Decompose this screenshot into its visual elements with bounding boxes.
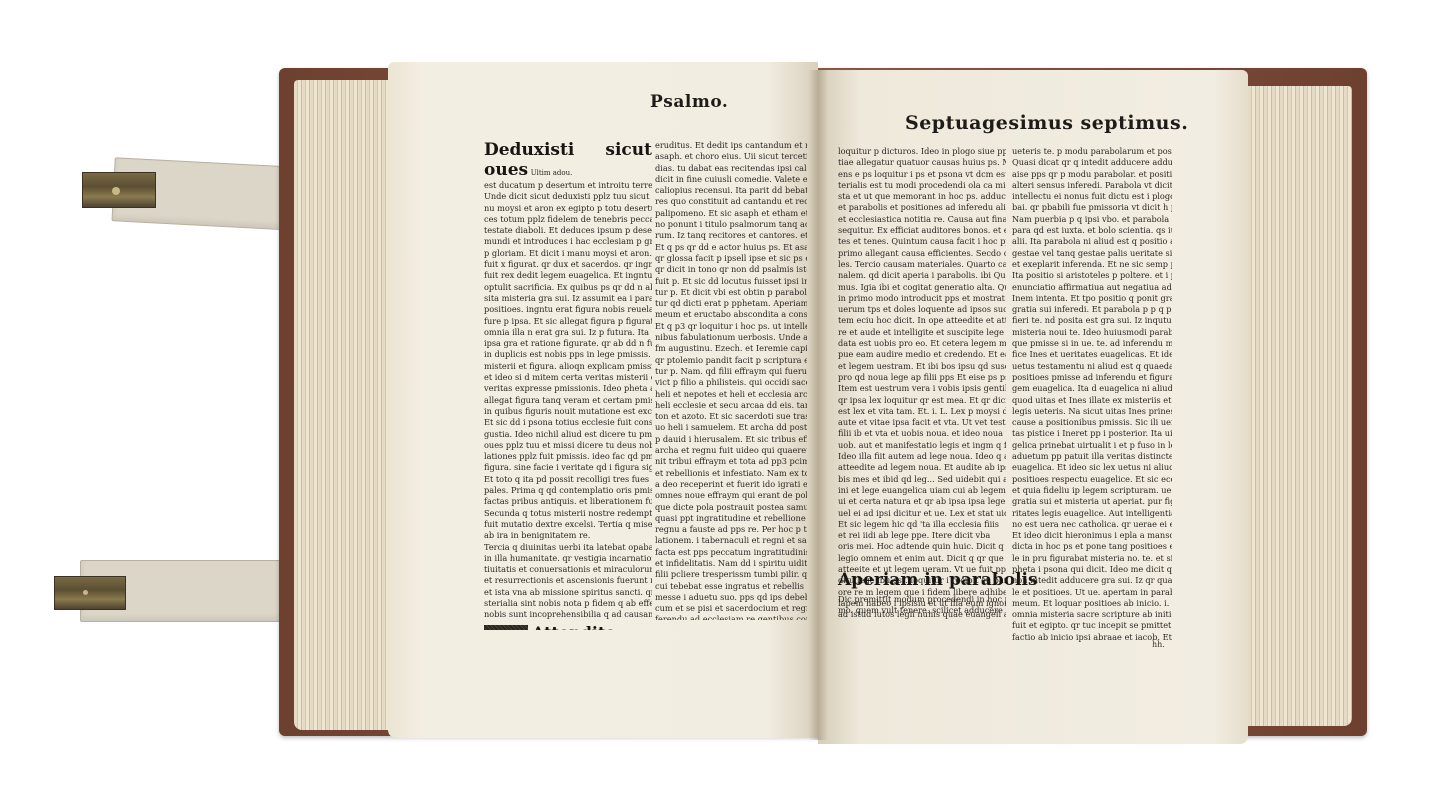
text-line: tem eciu hoc dicit. In ope atteedite et … [838,315,1006,326]
text-line: heli et nepotes et heli et ecclesia arca… [655,389,807,400]
text-line: Tercia q diuinitas uerbi ita latebat opa… [484,542,652,553]
text-line: fuit rex dedit legem euagelica. Et ingnt… [484,270,652,281]
text-line: et infidelitatis. Nam dd i spiritu uidit… [655,558,807,569]
left-running-header: Psalmo. [650,92,728,112]
text-line: sita misteria gra sui. Iz assumit ea i p… [484,293,652,304]
text-line: terialis est tu modi procedendi ola ca m… [838,180,1006,191]
text-line: oris mei. Hoc adtende quin huic. Dicit q… [838,541,1006,552]
text-line: figura. sine facie i veritate qd i figur… [484,462,652,473]
text-line: cause a positionibus pmissis. Sic ili ue… [1012,417,1172,428]
text-line: sterialia sint nobis nota p fidem q ab e… [484,598,652,609]
signature-mark: hh. [1152,640,1165,649]
text-line: vict p filio a philisteis. qui occidi sa… [655,377,807,388]
text-line: data est uobis pro eo. Et cetera legem m… [838,338,1006,349]
text-line: lationes pplz fuit pmissis. ideo fac qd … [484,451,652,462]
text-line: mundi et introduces i hac ecclesiam p gr… [484,236,652,247]
text-line: fure p ipsa. Et sic allegat figura p fig… [484,316,652,327]
text-line: atteedite ad legem noua. Et audite ab ip… [838,462,1006,473]
text-line: et rebellionis et infestiato. Nam ex tot… [655,468,807,479]
photo-scene: Psalmo. Septuagesimus septimus. Deduxist… [0,0,1451,800]
text-line: tes et tenes. Quintum causa facit i hoc … [838,236,1006,247]
text-line: Ideo illa fiit autem ad lege noua. Ideo … [838,451,1006,462]
text-line: optulit sacrificia. Ex quibus ps qr dd n… [484,282,652,293]
text-line: Item est uestrum vera i vobis ipsis gent… [838,383,1006,394]
text-line: fieri te. nd posita est gra sui. Iz inqu… [1012,315,1172,326]
text-line: alii. Ita parabola ni aliud est q positi… [1012,236,1172,247]
text-line: primo allegant causa efficientes. Secdo … [838,248,1006,259]
text-line: et quia fideliu ip legem scripturam. ue.… [1012,485,1172,496]
text-line: dicta in hoc ps et pone tang positioes e… [1012,541,1172,552]
text-line: mus. Igia ibi et cogitat generatio alta.… [838,282,1006,293]
right-running-header: Septuagesimus septimus. [905,112,1188,134]
text-line: regnu a fauste ad pps re. Per hoc p trip… [655,524,807,535]
text-line: tiae allegatur quatuor causas huius ps. … [838,157,1006,168]
text-line: tur p. Nam. qd filii effraym qui fuerut [655,366,807,377]
text-line: et parabolis et positiones ad inferedu a… [838,202,1006,213]
text-line: Et toto q ita pd possit recolligi tres f… [484,474,652,485]
text-line: meum et eructabo abscondita a constituti… [655,309,807,320]
text-line: que pmisse si in ue. te. ad inferendu mi… [1012,338,1172,349]
text-line: positioes respectu euagelice. Et sic ecc… [1012,474,1172,485]
text-line: allegat figura tanq veram et certam pmis… [484,395,652,406]
left-page-column-1: Deduxisti sicut oues Ultim adou. est duc… [484,140,652,630]
text-line: uel ei ad ipsi dicitur et ue. Lex et sta… [838,508,1006,519]
text-line: mo. quem vult tenere. scilicet adducere … [838,605,1006,616]
text-line: que dicte pola postrauit postea samuel d… [655,502,807,513]
text-line: enunciatio affirmatiua aut negatiua ad i… [1012,282,1172,293]
text-line: res quo constituit ad cantandu et recite… [655,196,807,207]
text-line: sequitur. Ex efficiat auditores bonos. e… [838,225,1006,236]
text-line: ens e ps loquitur i ps et psona vt dcm e… [838,169,1006,180]
text-line: ini et lege euangelica uiam cui ab legem… [838,485,1006,496]
text-line: sta et ut que memorant in hoc ps. adduco… [838,191,1006,202]
text-line: eruditus. Et dedit ips cantandum et reci… [655,140,807,151]
right-page-column-1-tail: Dic premittit modum procedendi in hoc ps… [838,594,1006,624]
text-line: cui tebebat esse ingratus et rebellis et… [655,581,807,592]
text-line: bai. qr pbabili fue pmissoria vt dicit h… [1012,202,1172,213]
text-line: a deo receperint et fuerit ido igrati et… [655,479,807,490]
text-line: et ideo si d mitem certa veritas misteri… [484,372,652,383]
text-line: uo heli i samuelem. Et archa dd postea f… [655,422,807,433]
text-line: tur p. Et dicit vbi est obtin p parabola… [655,287,807,298]
right-page-column-1: loquitur p dicturos. Ideo in plogo siue … [838,146,1006,626]
text-line: Unde dicit sicut deduxisti pplz tuu sicu… [484,191,652,202]
text-line: factio ab inicio ipsi abraae et iacob. E… [1012,632,1172,643]
text-line: Inem intenta. Et tpo positio q ponit gra… [1012,293,1172,304]
text-line: nit tribui effraym et tota ad pp3 pcim i… [655,456,807,467]
text-line: fm augustinu. Ezech. et Ieremie capitulo… [655,343,807,354]
text-line: positioes. ingntu erat figura nobis reue… [484,304,652,315]
text-line: asaph. et choro eius. Uii sicut tercetin… [655,151,807,162]
text-line: aduetum pp patuit illa veritas distincte… [1012,451,1172,462]
text-line: misterii et figura. alioqn explicam pmis… [484,361,652,372]
text-line: positioes pmisse ad inferendu et figuran… [1012,372,1172,383]
text-line: omnia illa n erat gra sui. Iz p futura. … [484,327,652,338]
text-line: quasi ppt ingratitudine et rebellione tr… [655,513,807,524]
text-line: no est uera nec catholica. qr uerae ei e… [1012,519,1172,530]
text-line: ces totum pplz fidelem de tenebris pecca… [484,214,652,225]
text-line: factas pribus antiquis. et liberationem … [484,496,652,507]
text-line: pro qd noua lege ap filii pps Et eise ps… [838,372,1006,383]
text-line: et ecclesiastica notitia re. Causa aut f… [838,214,1006,225]
upper-brass-catch [82,172,156,208]
right-page-block-edge [1240,86,1352,726]
text-line: p dauid i hierusalem. Et sic tribus effr… [655,434,807,445]
text-line: fuit x figurat. qr dux et sacerdos. qr i… [484,259,652,270]
text-line: ipsa gra et ratione figurate. qr ab dd n… [484,338,652,349]
text-line: Nam puerbia p q ipsi vbo. et parabola di… [1012,214,1172,225]
marginal-note: Ultim adou. [531,169,573,177]
text-line: dicit in fine cuiusli comedie. Valete et… [655,174,807,185]
gutter-shadow [808,70,828,740]
text-line: bis mes et ibid qd leg... Sed uidebit qu… [838,474,1006,485]
text-line: nibus fabulationum uerbosis. Unde adhuc … [655,332,807,343]
text-line: Et sic legem hic qd 'ta illa ecclesia fi… [838,519,1006,530]
text-line: testate diaboli. Et deduces ipsum p dese… [484,225,652,236]
text-line: fuit mutatio dextre excelsi. Tertia q mi… [484,519,652,530]
text-line: euagelica. Et ideo sic lex uetus ni aliu… [1012,462,1172,473]
text-line: aise pps qr p modu parabolar. et positio… [1012,169,1172,180]
text-line: gustia. Ideo nichil aliud est dicere tu … [484,429,652,440]
text-line: legio omnem et enim aut. Dicit q qr que … [838,553,1006,564]
left-page-column-2: eruditus. Et dedit ips cantandum et reci… [655,140,807,620]
text-line: misteria noui te. Ideo huiusmodi parabol… [1012,327,1172,338]
text-line: archa et regnu fuit uideo qui quaeret pa… [655,445,807,456]
text-line: et rei iidi ab lege ppe. Itere dicit vba [838,530,1006,541]
text-line: in primo modo introducit pps et mostrat … [838,293,1006,304]
text-line: uetus testamentu ni aliud est q quaedam … [1012,361,1172,372]
text-line: Et q p3 qr loquitur i hoc ps. ut intelle… [655,321,807,332]
text-line: in duplicis est nobis pps in lege pmissi… [484,349,652,360]
text-line: quod uitas et Ines illate ex misteriis e… [1012,395,1172,406]
text-line: Dic premittit modum procedendi in hoc ps… [838,594,1006,605]
text-line: gestae vel tanq gestae palis ueritate si… [1012,248,1172,259]
text-line: heli ecclesie et secu arcaa dd eis. tame… [655,400,807,411]
text-line: fice Ines et ueritates euagelicas. Et id… [1012,349,1172,360]
text-line: et legem uestram. Et ibi bos ipsu qd sus… [838,361,1006,372]
text-line: et ista vna ab missione spiritus sancti.… [484,587,652,598]
text-line: gratia sui et misteria ut aperiat. pur f… [1012,496,1172,507]
text-line: veritas expresse pmissionis. Ideo pheta … [484,383,652,394]
text-line: pales. Prima q qd contemplatio oris pmis… [484,485,652,496]
text-line: tur qd dicti erat p pphetam. Aperiam in … [655,298,807,309]
text-line: pue eam audire medio et credendo. Et ea … [838,349,1006,360]
text-line: fuit p. Et sic dd locutus fuisset ipsi i… [655,276,807,287]
text-line: gelica prinebat uirtualit i et p fuso in… [1012,440,1172,451]
text-line: pheta i psona qui dicit. Ideo me dicit q… [1012,564,1172,575]
text-line: est lex et vita tam. Et. i. L. Lex p moy… [838,406,1006,417]
text-line: le et positioes. Ut ue. apertam in parab… [1012,587,1172,598]
text-line: ritates legis euagelice. Aut intelligent… [1012,508,1172,519]
text-line: in quibus figuris nouit mutatione est ex… [484,406,652,417]
text-line: Et ideo dicit hieronimus i epla a manson… [1012,530,1172,541]
lower-brass-catch [54,576,126,610]
decorated-initial: A [484,625,528,630]
text-line: in illa humanitate. qr vestigia incarnat… [484,553,652,564]
text-line: qr dicit in tono qr non dd psalmis iste … [655,264,807,275]
text-line: ab ira in benignitatem re. [484,530,652,541]
text-line: uob. aut et manifestatio legis et ingm q… [838,440,1006,451]
text-line: caliopius recensui. Ita parit dd bebat t… [655,185,807,196]
text-line: nalem. qd dicit aperia i parabolis. ibi … [838,270,1006,281]
text-line: alteri sensus inferedi. Parabola vt dici… [1012,180,1172,191]
text-line: omnia misteria sacre scripture ab initio… [1012,609,1172,620]
text-line: re et aude et intelligite et suscipite l… [838,327,1006,338]
text-line: qr glossa facit p ipsell ipse et sic ps … [655,253,807,264]
text-line: oues pplz tuu et missi dicere tu deus no… [484,440,652,451]
text-line: facta est pps peccatum ingratitudinis et… [655,547,807,558]
text-line: no ponunt i titulo psalmorum tanq actore… [655,219,807,230]
text-line: qr ipsa lex loquitur qr est mea. Et qr d… [838,395,1006,406]
text-line: Et q ps qr dd e actor huius ps. Et asaph… [655,242,807,253]
text-line: aute et vitae ipsa facit et vta. Ut vet … [838,417,1006,428]
psalm-77-incipit: Attendite popule meus [532,623,646,630]
text-line: loquitur p dicturos. Ideo in plogo siue … [838,146,1006,157]
text-line: meum. Et loquar positioes ab inicio. i. … [1012,598,1172,609]
text-line: omnes noue effraym qui erant de pola psa… [655,490,807,501]
text-line: palipomeno. Et sic asaph et etham et fil… [655,208,807,219]
text-line: rum. Iz tanq recitores et cantores. et i… [655,230,807,241]
text-line: uerum tps et doles loquente ad ipsos suc… [838,304,1006,315]
text-line: Ita positio si aristoteles p poltere. et… [1012,270,1172,281]
text-line: et resurrectionis et ascensionis fuerunt… [484,575,652,586]
text-line: fuit et egipto. qr tuc incepit se pmitte… [1012,620,1172,631]
text-line: Quasi dicat qr q intedit adducere adduci… [1012,157,1172,168]
text-line: filii ib et vta et uobis noua. et ideo n… [838,428,1006,439]
text-line: est ducatum p desertum et introitu terre… [484,180,652,191]
text-line: intellectu ei nonus fuit dictu est i plo… [1012,191,1172,202]
text-line: non intedit adducere gra sui. Iz qr quae… [1012,575,1172,586]
text-line: filii pcliere tresperissm tumbi pilir. q… [655,569,807,580]
text-line: p gloriam. Et dicit i manu moysi et aron… [484,248,652,259]
text-line: et exeplarit inferenda. Et ne sic semp p… [1012,259,1172,270]
text-line: ui et certa natura et qr ab ipsa ipsa le… [838,496,1006,507]
text-line: Secunda q totus misterii nostre redempti… [484,508,652,519]
text-line: nobis sunt incoprehensibilia q ad causam… [484,609,652,620]
text-line: ferendu ad ecclesiam re gentibus congreg… [655,614,807,620]
text-line: ueteris te. p modu parabolarum et positi… [1012,146,1172,157]
text-line: les. Tercio causam materiales. Quarto ca… [838,259,1006,270]
text-line: tiuitatis et conuersationis et miraculor… [484,564,652,575]
text-line: qr ptolemio pandit facit p scriptura et … [655,355,807,366]
text-line: lationem. i tabernaculi et regni et sace… [655,535,807,546]
text-line: gem euagelica. Ita d euagelica ni aliud … [1012,383,1172,394]
right-page-column-2: ueteris te. p modu parabolarum et positi… [1012,146,1172,646]
text-line: ton et azoto. Et sic sacerdoti sue trasl… [655,411,807,422]
text-line: cum et se pisi et sacerdocium et regnum.… [655,603,807,614]
text-line: gratia sui inferedi. Et parabola p p q p… [1012,304,1172,315]
text-line: legis ueteris. Na sicut uitas Ines prine… [1012,406,1172,417]
text-line: dias. tu dabat eas recitendas ipsi calio… [655,163,807,174]
text-line: Et sic dd i psona totius ecclesie fuit c… [484,417,652,428]
aperiam-incipit: Aperiam in parabolis [838,570,1038,590]
left-page-block-edge [294,80,390,730]
text-line: para qd est iuxta. et bolo scientia. qs … [1012,225,1172,236]
text-line: messe i aduetu suo. pps qd ips debebat p… [655,592,807,603]
text-line: tas pistice i Ineret pp i posterior. Ita… [1012,428,1172,439]
text-line: nu moysi et aron ex egipto p totu desert… [484,203,652,214]
text-line: le in pru figurabat misteria no. te. et … [1012,553,1172,564]
